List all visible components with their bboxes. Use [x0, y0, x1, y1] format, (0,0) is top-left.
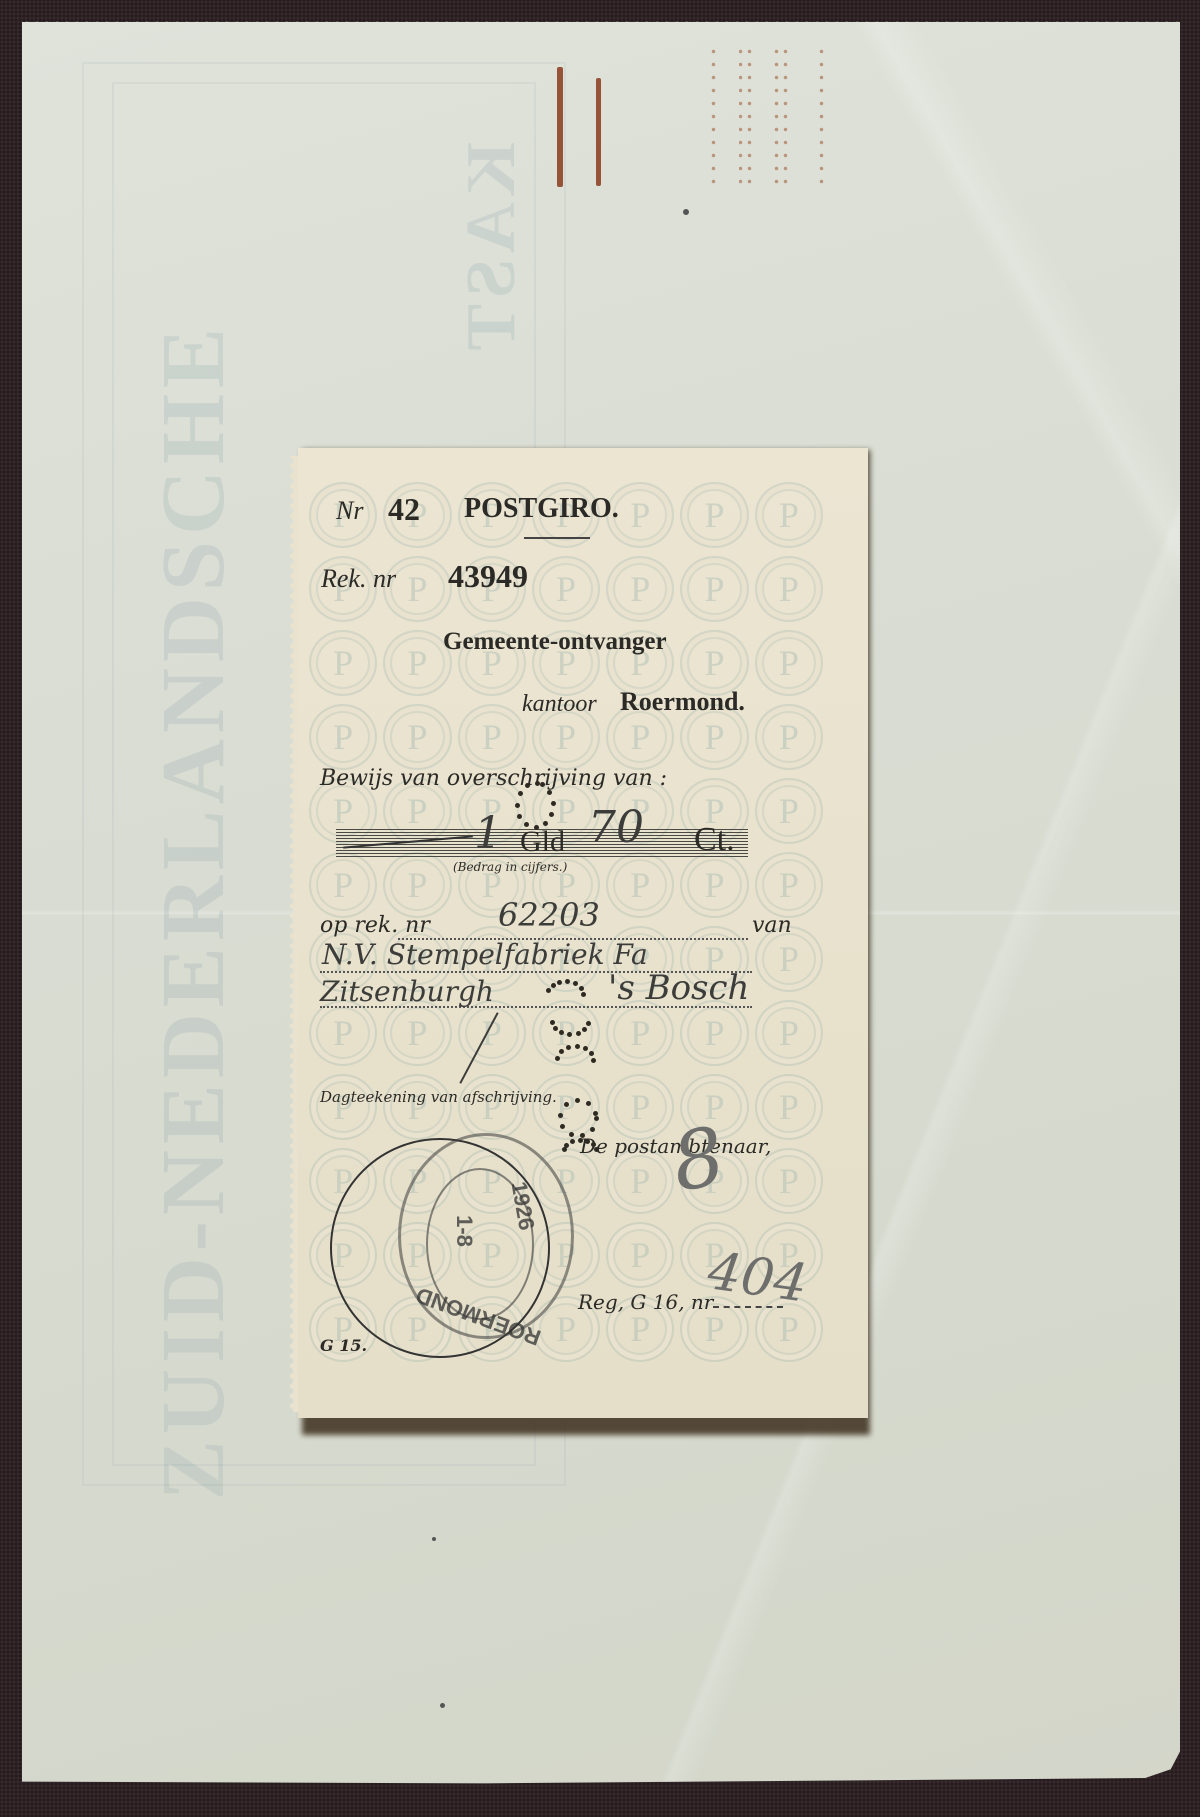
pattern-p-glyph: P	[606, 1000, 674, 1066]
from-account-number: 62203	[498, 896, 600, 934]
pattern-p-glyph: P	[383, 704, 451, 770]
pattern-p-glyph: P	[532, 556, 600, 622]
pattern-p-glyph: P	[383, 852, 451, 918]
pencil-number: 404	[704, 1241, 811, 1314]
perforation-hole	[551, 801, 556, 806]
perforation-hole	[553, 1026, 558, 1031]
perforation-hole	[534, 825, 539, 830]
office-city: Roermond.	[620, 687, 745, 717]
pattern-p-glyph: P	[383, 1074, 451, 1140]
postmark-date: 1-8	[451, 1215, 477, 1247]
speck	[683, 209, 689, 215]
perforation-hole	[546, 988, 551, 993]
rust-staple-mark	[596, 78, 601, 186]
perforation-hole	[586, 1021, 591, 1026]
pattern-p-glyph: P	[755, 556, 823, 622]
perforation-hole	[573, 981, 578, 986]
perforation-hole	[586, 1101, 591, 1106]
pattern-p-glyph: P	[755, 1074, 823, 1140]
office-label: kantoor	[522, 691, 597, 718]
payee-name: Gemeente-ontvanger	[443, 628, 667, 656]
pattern-p-glyph: P	[309, 630, 377, 696]
transfer-proof-label: Bewijs van overschrijving van :	[320, 766, 667, 791]
perforation-hole	[559, 1049, 564, 1054]
pattern-p-glyph: P	[309, 852, 377, 918]
pattern-p-glyph: P	[606, 1222, 674, 1288]
from-label: van	[752, 913, 792, 938]
pattern-p-glyph: P	[458, 1074, 526, 1140]
perforation-hole	[557, 980, 562, 985]
perforation-hole	[583, 1046, 588, 1051]
amount-guilders: 1	[474, 808, 502, 859]
form-code: G 15.	[320, 1336, 367, 1355]
perforation-hole	[575, 1044, 580, 1049]
speck	[440, 1703, 445, 1708]
pencil-mark: 8	[665, 1109, 731, 1209]
perforation-hole	[569, 1132, 574, 1137]
nr-label: Nr	[336, 496, 363, 526]
pattern-p-glyph: P	[606, 556, 674, 622]
register-label: Reg, G 16, nr	[578, 1290, 713, 1314]
pattern-p-glyph: P	[680, 852, 748, 918]
postgiro-slip: PPPPPPPPPPPPPPPPPPPPPPPPPPPPPPPPPPPPPPPP…	[298, 448, 868, 1418]
perforation-hole	[549, 812, 554, 817]
amount-note: (Bedrag in cijfers.)	[453, 860, 567, 874]
slip-title: POSTGIRO.	[464, 493, 619, 525]
perforation-hole	[567, 1032, 572, 1037]
perforation-hole	[576, 1031, 581, 1036]
perforation-hole	[555, 1056, 560, 1061]
amount-cents: 70	[588, 802, 644, 853]
nr-value: 42	[388, 491, 420, 528]
from-account-label: op rek. nr	[320, 913, 430, 938]
pattern-p-glyph: P	[606, 1074, 674, 1140]
perforation-hole	[559, 1030, 564, 1035]
perforation-hole	[515, 803, 520, 808]
perforation-hole	[578, 1138, 583, 1143]
pattern-p-glyph: P	[755, 630, 823, 696]
perforation-hole	[589, 1051, 594, 1056]
perforation-hole	[535, 781, 540, 786]
pattern-p-glyph: P	[309, 704, 377, 770]
payer-name-line-1: N.V. Stempelfabriek Fa	[322, 938, 648, 971]
perforation-hole	[547, 790, 552, 795]
pattern-p-glyph: P	[458, 1000, 526, 1066]
pattern-p-glyph: P	[680, 1000, 748, 1066]
pattern-p-glyph: P	[383, 1000, 451, 1066]
perforation-hole	[551, 983, 556, 988]
debit-date-label: Dagteekening van afschrijving.	[320, 1088, 557, 1106]
speck	[432, 1537, 436, 1541]
payer-name-line-2: Zitsenburgh	[320, 975, 494, 1008]
pattern-p-glyph: P	[532, 1000, 600, 1066]
pattern-p-glyph: P	[309, 1000, 377, 1066]
title-rule	[524, 537, 590, 539]
perforation-hole	[570, 1139, 575, 1144]
pattern-p-glyph: P	[309, 1074, 377, 1140]
perforation-hole	[564, 1143, 569, 1148]
perforation-hole	[560, 1124, 565, 1129]
perforation-hole	[566, 1045, 571, 1050]
perforation-hole	[564, 1102, 569, 1107]
perforation-hole	[550, 1020, 555, 1025]
perforation-hole	[518, 791, 523, 796]
pattern-p-glyph: P	[755, 1000, 823, 1066]
perforation-hole	[582, 1027, 587, 1032]
perforation-hole	[575, 1098, 580, 1103]
rust-staple-mark	[557, 67, 563, 187]
payer-city: 's Bosch	[608, 968, 749, 1008]
perforation-hole	[593, 1111, 598, 1116]
perforation-hole	[562, 1147, 567, 1152]
pen-flourish	[459, 1012, 498, 1084]
pattern-p-glyph: P	[606, 852, 674, 918]
guilders-unit: Gld	[520, 825, 565, 859]
pattern-p-glyph: P	[755, 482, 823, 548]
perforation-hole	[581, 992, 586, 997]
pattern-p-glyph: P	[680, 482, 748, 548]
pattern-p-glyph: P	[458, 704, 526, 770]
pattern-p-glyph: P	[680, 556, 748, 622]
perforation-hole	[594, 1116, 599, 1121]
pattern-p-glyph: P	[755, 852, 823, 918]
rust-speckle-mark	[700, 45, 830, 185]
perforation-hole	[517, 814, 522, 819]
perforation-hole	[591, 1058, 596, 1063]
account-number: 43949	[448, 558, 528, 595]
perforation-hole	[590, 1127, 595, 1132]
pattern-p-glyph: P	[755, 778, 823, 844]
pattern-p-glyph: P	[383, 630, 451, 696]
pattern-p-glyph: P	[755, 704, 823, 770]
cents-unit: Ct.	[694, 821, 735, 859]
account-label: Rek. nr	[321, 564, 396, 594]
perforation-hole	[579, 986, 584, 991]
perforation-hole	[558, 1113, 563, 1118]
perforation-hole	[565, 979, 570, 984]
